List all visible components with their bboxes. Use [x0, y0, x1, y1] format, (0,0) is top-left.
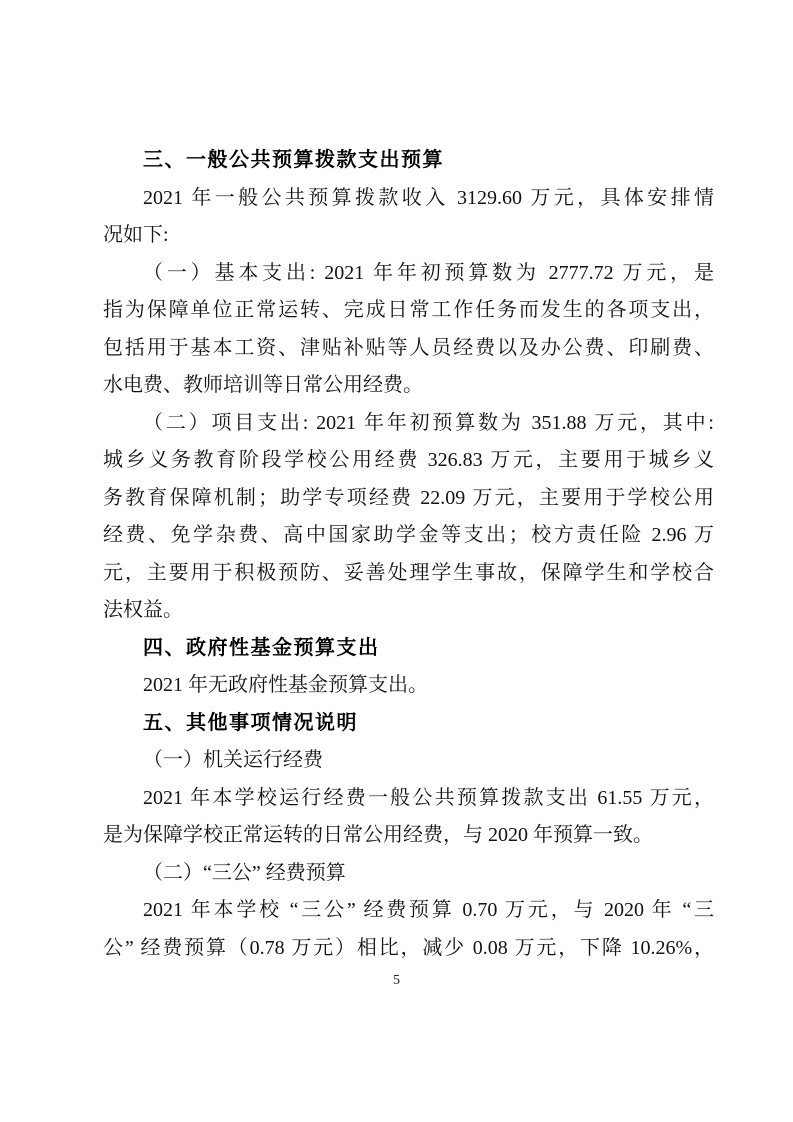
text-line: （一）机关运行经费 [103, 742, 714, 780]
text-line: 经费、免学杂费、高中国家助学金等支出；校方责任险 2.96 万 [103, 517, 714, 555]
text-line: 2021 年本学校运行经费一般公共预算拨款支出 61.55 万元， [103, 780, 714, 818]
text-line: 元，主要用于积极预防、妥善处理学生事故，保障学生和学校合 [103, 555, 714, 593]
section-heading: 五、其他事项情况说明 [103, 705, 714, 743]
text-line: 是为保障学校正常运转的日常公用经费，与 2020 年预算一致。 [103, 817, 714, 855]
text-line: 包括用于基本工资、津贴补贴等人员经费以及办公费、印刷费、 [103, 330, 714, 368]
text-line: （一）基本支出: 2021 年年初预算数为 2777.72 万元，是 [103, 255, 714, 293]
text-line: 况如下: [103, 217, 714, 255]
text-line: 水电费、教师培训等日常公用经费。 [103, 367, 714, 405]
text-line: （二）项目支出: 2021 年年初预算数为 351.88 万元，其中: [103, 405, 714, 443]
text-line: 2021 年本学校 “三公” 经费预算 0.70 万元，与 2020 年 “三 [103, 892, 714, 930]
text-line: 2021 年无政府性基金预算支出。 [103, 667, 714, 705]
text-line: 指为保障单位正常运转、完成日常工作任务而发生的各项支出， [103, 292, 714, 330]
section-heading: 四、政府性基金预算支出 [103, 630, 714, 668]
section-heading: 三、一般公共预算拨款支出预算 [103, 142, 714, 180]
document-page: 三、一般公共预算拨款支出预算2021 年一般公共预算拨款收入 3129.60 万… [0, 0, 793, 1122]
text-line: 务教育保障机制；助学专项经费 22.09 万元，主要用于学校公用 [103, 480, 714, 518]
budget-text-block: 三、一般公共预算拨款支出预算2021 年一般公共预算拨款收入 3129.60 万… [103, 142, 714, 967]
text-line: 城乡义务教育阶段学校公用经费 326.83 万元，主要用于城乡义 [103, 442, 714, 480]
text-line: 2021 年一般公共预算拨款收入 3129.60 万元，具体安排情 [103, 180, 714, 218]
text-line: 公” 经费预算（0.78 万元）相比，减少 0.08 万元，下降 10.26%， [103, 930, 714, 968]
text-line: （二）“三公” 经费预算 [103, 855, 714, 893]
text-line: 法权益。 [103, 592, 714, 630]
page-number: 5 [0, 973, 793, 989]
